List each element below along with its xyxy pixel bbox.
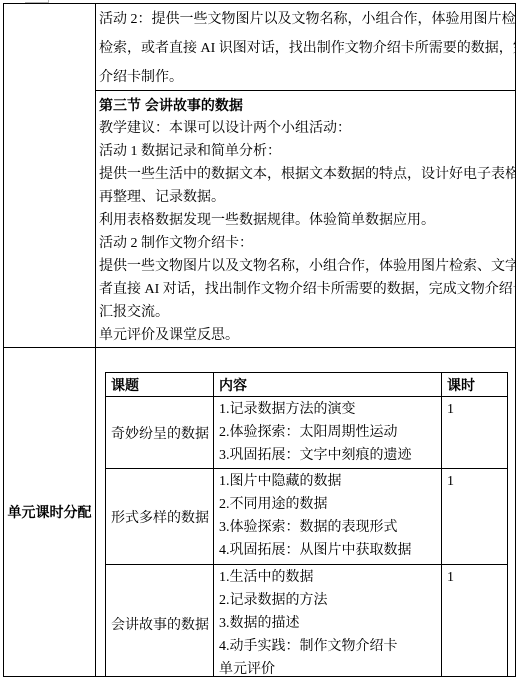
left-spacer-cell: [4, 4, 96, 348]
lesson3-section-cell: 第三节 会讲故事的数据 教学建议：本课可以设计两个小组活动：活动 1 数据记录和…: [96, 91, 515, 348]
allocation-row: 奇妙纷呈的数据1.记录数据方法的演变2.体验探索：太阳周期性运动3.巩固拓展：文…: [106, 397, 508, 469]
activity2-paragraph: 活动 2：提供一些文物图片以及文物名称，小组合作，体验用图片检索、文字检索，或者…: [99, 5, 513, 91]
content-line: 单元评价: [219, 658, 441, 676]
document-page: 活动 2：提供一些文物图片以及文物名称，小组合作，体验用图片检索、文字检索，或者…: [0, 0, 519, 684]
hours-cell: 1: [442, 469, 508, 565]
hours-cell: 1: [442, 565, 508, 677]
activity2-paragraph-cell: 活动 2：提供一些文物图片以及文物名称，小组合作，体验用图片检索、文字检索，或者…: [96, 4, 515, 91]
paragraph-line: 教学建议：本课可以设计两个小组活动：: [99, 117, 513, 140]
unit-hours-label-cell: 单元课时分配: [4, 348, 96, 676]
content-line: 3.巩固拓展：文字中刻痕的遗迹: [219, 444, 441, 467]
unit-hours-label: 单元课时分配: [8, 502, 92, 522]
allocation-row: 形式多样的数据1.图片中隐藏的数据2.不同用途的数据3.体验探索：数据的表现形式…: [106, 469, 508, 565]
allocation-row: 会讲故事的数据1.生活中的数据2.记录数据的方法3.数据的描述4.动手实践：制作…: [106, 565, 508, 677]
allocation-table: 课题 内容 课时 奇妙纷呈的数据1.记录数据方法的演变2.体验探索：太阳周期性运…: [105, 372, 508, 676]
content-line: 4.巩固拓展：从图片中获取数据: [219, 539, 441, 562]
content-line: 1.图片中隐藏的数据: [219, 470, 441, 493]
allocation-header-row: 课题 内容 课时: [106, 373, 508, 397]
paragraph-line: 再整理、记录数据。: [99, 186, 513, 209]
hours-cell: 1: [442, 397, 508, 469]
topic-cell: 奇妙纷呈的数据: [106, 397, 214, 469]
paragraph-line: 活动 1 数据记录和简单分析：: [99, 140, 513, 163]
content-line: 2.不同用途的数据: [219, 493, 441, 516]
lesson3-body: 教学建议：本课可以设计两个小组活动：活动 1 数据记录和简单分析：提供一些生活中…: [99, 117, 513, 347]
paragraph-line: 提供一些文物图片以及文物名称，小组合作，体验用图片检索、文字检索，或: [99, 255, 513, 278]
content-cell: 1.图片中隐藏的数据2.不同用途的数据3.体验探索：数据的表现形式4.巩固拓展：…: [214, 469, 442, 565]
content-line: 2.体验探索：太阳周期性运动: [219, 421, 441, 444]
col-header-content: 内容: [214, 373, 442, 397]
topic-cell: 会讲故事的数据: [106, 565, 214, 677]
paragraph-line: 汇报交流。: [99, 301, 513, 324]
content-line: 1.生活中的数据: [219, 566, 441, 589]
topic-cell: 形式多样的数据: [106, 469, 214, 565]
paragraph-line: 单元评价及课堂反思。: [99, 324, 513, 347]
lesson3-title: 第三节 会讲故事的数据: [99, 94, 513, 117]
paragraph-line: 活动 2：提供一些文物图片以及文物名称，小组合作，体验用图片检索、文字: [99, 5, 513, 34]
allocation-table-cell: 课题 内容 课时 奇妙纷呈的数据1.记录数据方法的演变2.体验探索：太阳周期性运…: [96, 348, 515, 676]
col-header-hours: 课时: [442, 373, 508, 397]
paragraph-line: 者直接 AI 对话，找出制作文物介绍卡所需要的数据，完成文物介绍卡制作。: [99, 278, 513, 301]
col-header-topic: 课题: [106, 373, 214, 397]
content-line: 2.记录数据的方法: [219, 589, 441, 612]
paragraph-line: 检索，或者直接 AI 识图对话，找出制作文物介绍卡所需要的数据，完成文物: [99, 34, 513, 63]
content-line: 1.记录数据方法的演变: [219, 398, 441, 421]
content-line: 3.数据的描述: [219, 612, 441, 635]
paragraph-line: 利用表格数据发现一些数据规律。体验简单数据应用。: [99, 209, 513, 232]
content-line: 4.动手实践：制作文物介绍卡: [219, 635, 441, 658]
content-line: 3.体验探索：数据的表现形式: [219, 516, 441, 539]
content-cell: 1.生活中的数据2.记录数据的方法3.数据的描述4.动手实践：制作文物介绍卡单元…: [214, 565, 442, 677]
paragraph-line: 介绍卡制作。: [99, 63, 513, 91]
content-cell: 1.记录数据方法的演变2.体验探索：太阳周期性运动3.巩固拓展：文字中刻痕的遗迹: [214, 397, 442, 469]
paragraph-line: 提供一些生活中的数据文本，根据文本数据的特点，设计好电子表格的行与列，: [99, 163, 513, 186]
unit-plan-table: 活动 2：提供一些文物图片以及文物名称，小组合作，体验用图片检索、文字检索，或者…: [3, 3, 516, 677]
paragraph-line: 活动 2 制作文物介绍卡：: [99, 232, 513, 255]
